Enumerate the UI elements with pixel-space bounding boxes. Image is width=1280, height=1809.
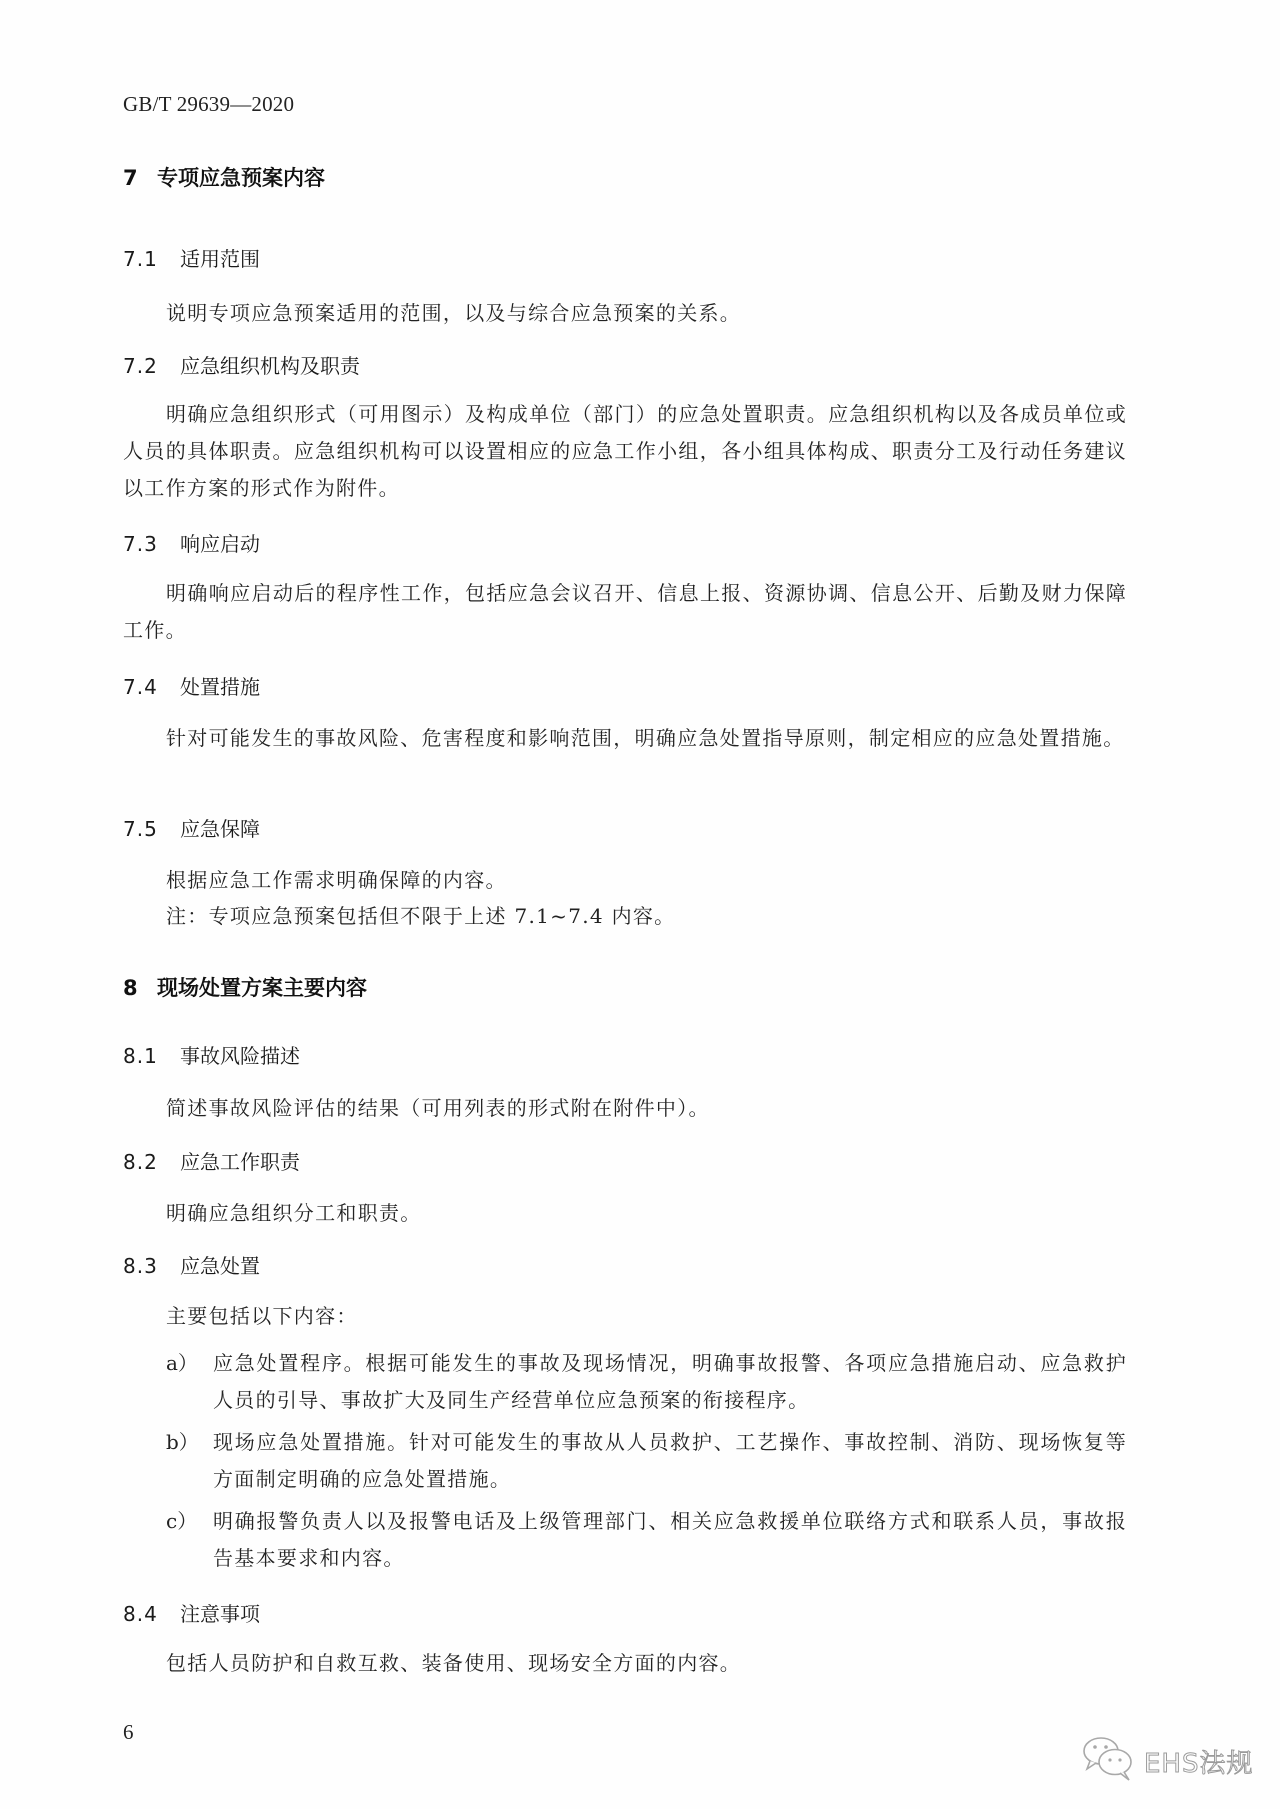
list-item-text: 明确报警负责人以及报警电话及上级管理部门、相关应急救援单位联络方式和联系人员，事… <box>213 1503 1127 1577</box>
wechat-icon <box>1080 1733 1138 1789</box>
subsection-number: 7.4 <box>123 675 180 699</box>
subsection-title: 注意事项 <box>180 1602 260 1626</box>
subsection-8-2-body: 明确应急组织分工和职责。 <box>166 1197 422 1226</box>
list-item-text: 现场应急处置措施。针对可能发生的事故从人员救护、工艺操作、事故控制、消防、现场恢… <box>213 1424 1127 1498</box>
section-number: 7 <box>123 166 157 190</box>
paragraph-text: 针对可能发生的事故风险、危害程度和影响范围，明确应急处置指导原则，制定相应的应急… <box>166 726 1125 750</box>
subsection-title: 适用范围 <box>180 247 260 271</box>
subsection-number: 7.2 <box>123 354 180 378</box>
subsection-8-4-body: 包括人员防护和自救互救、装备使用、现场安全方面的内容。 <box>166 1647 741 1676</box>
subsection-8-1-body: 简述事故风险评估的结果（可用列表的形式附在附件中）。 <box>166 1092 710 1121</box>
subsection-8-3-intro: 主要包括以下内容： <box>166 1300 358 1329</box>
subsection-7-3-heading: 7.3响应启动 <box>123 528 260 557</box>
list-item-c: c） 明确报警负责人以及报警电话及上级管理部门、相关应急救援单位联络方式和联系人… <box>166 1503 1127 1577</box>
subsection-number: 8.2 <box>123 1150 180 1174</box>
subsection-8-4-heading: 8.4注意事项 <box>123 1598 260 1627</box>
watermark-text: EHS法规 <box>1144 1743 1253 1780</box>
list-item-label: c） <box>166 1503 211 1540</box>
subsection-title: 应急工作职责 <box>180 1150 300 1174</box>
subsection-7-4-heading: 7.4处置措施 <box>123 671 260 700</box>
section-title: 专项应急预案内容 <box>157 166 325 190</box>
subsection-title: 应急保障 <box>180 817 260 841</box>
subsection-8-3-heading: 8.3应急处置 <box>123 1250 260 1279</box>
subsection-title: 应急处置 <box>180 1254 260 1278</box>
subsection-7-5-heading: 7.5应急保障 <box>123 813 260 842</box>
list-item-label: b） <box>166 1424 211 1461</box>
section-title: 现场处置方案主要内容 <box>157 976 367 1000</box>
page-number: 6 <box>123 1720 134 1745</box>
subsection-7-1-heading: 7.1适用范围 <box>123 243 260 272</box>
subsection-title: 应急组织机构及职责 <box>180 354 360 378</box>
list-item-a: a） 应急处置程序。根据可能发生的事故及现场情况，明确事故报警、各项应急措施启动… <box>166 1345 1127 1419</box>
paragraph-text: 明确响应启动后的程序性工作，包括应急会议召开、信息上报、资源协调、信息公开、后勤… <box>123 581 1127 642</box>
subsection-number: 8.3 <box>123 1254 180 1278</box>
subsection-number: 7.1 <box>123 247 180 271</box>
list-item-b: b） 现场应急处置措施。针对可能发生的事故从人员救护、工艺操作、事故控制、消防、… <box>166 1424 1127 1498</box>
section-8-heading: 8现场处置方案主要内容 <box>123 972 367 1002</box>
subsection-title: 响应启动 <box>180 532 260 556</box>
subsection-7-3-body: 明确响应启动后的程序性工作，包括应急会议召开、信息上报、资源协调、信息公开、后勤… <box>123 575 1127 649</box>
list-item-text: 应急处置程序。根据可能发生的事故及现场情况，明确事故报警、各项应急措施启动、应急… <box>213 1345 1127 1419</box>
subsection-8-1-heading: 8.1事故风险描述 <box>123 1040 300 1069</box>
subsection-title: 事故风险描述 <box>180 1044 300 1068</box>
subsection-number: 8.4 <box>123 1602 180 1626</box>
subsection-7-5-body: 根据应急工作需求明确保障的内容。 <box>166 864 507 893</box>
list-item-label: a） <box>166 1345 211 1382</box>
document-page: GB/T 29639—2020 7专项应急预案内容 7.1适用范围 说明专项应急… <box>0 0 1280 1809</box>
subsection-number: 7.3 <box>123 532 180 556</box>
subsection-8-2-heading: 8.2应急工作职责 <box>123 1146 300 1175</box>
subsection-number: 8.1 <box>123 1044 180 1068</box>
subsection-7-2-heading: 7.2应急组织机构及职责 <box>123 350 360 379</box>
section-number: 8 <box>123 976 157 1000</box>
subsection-7-5-note: 注：专项应急预案包括但不限于上述 7.1~7.4 内容。 <box>166 900 676 929</box>
standard-code: GB/T 29639—2020 <box>123 92 294 117</box>
watermark: EHS法规 <box>1080 1733 1253 1789</box>
subsection-number: 7.5 <box>123 817 180 841</box>
paragraph-text: 说明专项应急预案适用的范围，以及与综合应急预案的关系。 <box>166 301 741 325</box>
subsection-title: 处置措施 <box>180 675 260 699</box>
subsection-7-4-body: 针对可能发生的事故风险、危害程度和影响范围，明确应急处置指导原则，制定相应的应急… <box>123 720 1127 757</box>
subsection-7-1-body: 说明专项应急预案适用的范围，以及与综合应急预案的关系。 <box>123 295 1127 332</box>
section-7-heading: 7专项应急预案内容 <box>123 162 325 192</box>
subsection-7-2-body: 明确应急组织形式（可用图示）及构成单位（部门）的应急处置职责。应急组织机构以及各… <box>123 396 1127 507</box>
paragraph-text: 明确应急组织形式（可用图示）及构成单位（部门）的应急处置职责。应急组织机构以及各… <box>123 402 1127 500</box>
